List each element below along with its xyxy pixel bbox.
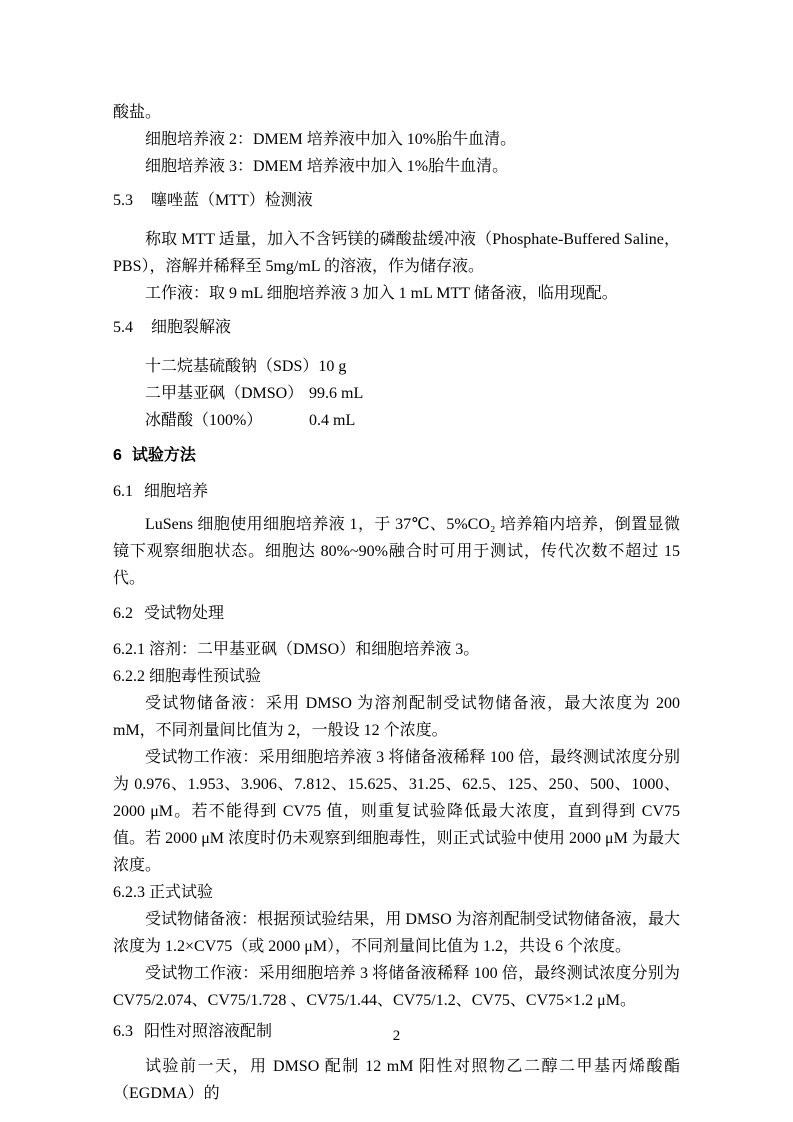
section-number: 5.4 [113,319,133,336]
continued-paragraph: 酸盐。 [113,99,680,126]
culture-medium-2-line: 细胞培养液 2：DMEM 培养液中加入 10%胎牛血清。 [113,126,680,153]
ingredient-label: 十二烷基硫酸钠（SDS） [145,353,318,380]
culture-medium-3-line: 细胞培养液 3：DMEM 培养液中加入 1%胎牛血清。 [113,153,680,180]
ingredient-label: 二甲基亚砜（DMSO） [145,380,309,407]
pretest-working-solution-paragraph: 受试物工作液：采用细胞培养液 3 将储备液稀释 100 倍，最终测试浓度分别为 … [113,744,680,879]
pretest-stock-solution-paragraph: 受试物储备液：采用 DMSO 为溶剂配制受试物储备液，最大浓度为 200 mM，… [113,690,680,744]
section-6-2-heading: 6.2受试物处理 [113,600,680,627]
section-number: 6.2 [113,605,133,622]
formal-working-solution-paragraph: 受试物工作液：采用细胞培养 3 将储备液稀释 100 倍，最终测试浓度分别为 C… [113,960,680,1014]
section-6-heading: 6试验方法 [113,442,680,469]
section-5-3-heading: 5.3噻唑蓝（MTT）检测液 [113,187,680,214]
section-5-4-heading: 5.4细胞裂解液 [113,314,680,341]
ingredient-value: 10 g [318,353,346,380]
section-number: 6.1 [113,483,133,500]
ingredient-label: 冰醋酸（100%） [145,407,309,434]
section-number: 6 [113,447,122,464]
page-number: 2 [0,1026,793,1046]
mtt-stock-solution-paragraph: 称取 MTT 适量，加入不含钙镁的磷酸盐缓冲液（Phosphate-Buffer… [113,226,680,280]
section-title: 噻唑蓝（MTT）检测液 [151,192,313,209]
cytotoxicity-pretest-heading-line: 6.2.2 细胞毒性预试验 [113,663,680,690]
section-title: 细胞培养 [144,483,208,500]
formal-stock-solution-paragraph: 受试物储备液：根据预试验结果，用 DMSO 为溶剂配制受试物储备液，最大浓度为 … [113,906,680,960]
ingredient-value: 99.6 mL [309,380,363,407]
solvent-line: 6.2.1 溶剂：二甲基亚砜（DMSO）和细胞培养液 3。 [113,636,680,663]
ingredient-row: 冰醋酸（100%） 0.4 mL [113,407,680,434]
section-title: 细胞裂解液 [151,319,231,336]
positive-control-paragraph: 试验前一天，用 DMSO 配制 12 mM 阳性对照物乙二醇二甲基丙烯酸酯（EG… [113,1053,680,1107]
formal-test-heading-line: 6.2.3 正式试验 [113,879,680,906]
page-content: 酸盐。 细胞培养液 2：DMEM 培养液中加入 10%胎牛血清。 细胞培养液 3… [113,99,680,1107]
ingredient-row: 十二烷基硫酸钠（SDS） 10 g [113,353,680,380]
mtt-working-solution-paragraph: 工作液：取 9 mL 细胞培养液 3 加入 1 mL MTT 储备液，临用现配。 [113,280,680,307]
ingredient-row: 二甲基亚砜（DMSO） 99.6 mL [113,380,680,407]
section-number: 5.3 [113,192,133,209]
section-title: 受试物处理 [144,605,224,622]
ingredient-value: 0.4 mL [309,407,355,434]
section-6-1-heading: 6.1细胞培养 [113,478,680,505]
document-page: 酸盐。 细胞培养液 2：DMEM 培养液中加入 10%胎牛血清。 细胞培养液 3… [0,0,793,1122]
section-title: 试验方法 [132,447,196,464]
cell-culture-paragraph: LuSens 细胞使用细胞培养液 1，于 37℃、5%CO₂ 培养箱内培养，倒置… [113,511,680,592]
